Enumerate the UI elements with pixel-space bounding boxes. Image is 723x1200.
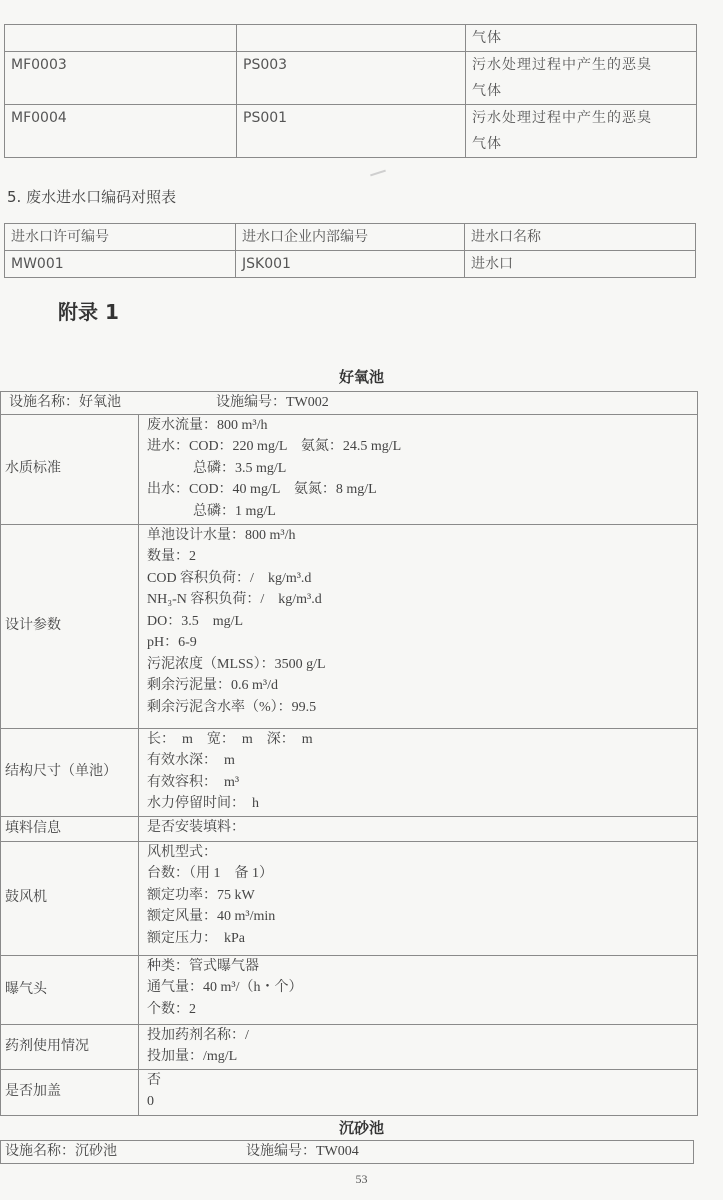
row-label: 水质标准 <box>1 414 139 524</box>
cell-line: 出水：COD：40 mg/L 氨氮：8 mg/L <box>147 479 691 501</box>
facility-title: 好氧池 <box>0 366 723 387</box>
table-cell: 否 0 <box>139 1069 698 1115</box>
facility-header-row: 设施名称：沉砂池 设施编号：TW004 <box>1 1141 694 1164</box>
aerobic-tank-table: 设施名称：好氧池 设施编号：TW002 水质标准 废水流量：800 m³/h 进… <box>0 391 698 1116</box>
cell-text: 污水处理过程中产生的恶臭 <box>472 52 690 78</box>
table-cell: JSK001 <box>236 251 465 278</box>
table-header-row: 进水口许可编号 进水口企业内部编号 进水口名称 <box>5 224 696 251</box>
table-row: 结构尺寸（单池） 长： m 宽： m 深： m 有效水深： m 有效容积： m³… <box>1 728 698 816</box>
cell-line: 额定压力： kPa <box>147 928 691 950</box>
facility-title: 沉砂池 <box>0 1117 723 1138</box>
cell-text: 气体 <box>472 78 690 104</box>
facility-header-row: 设施名称：好氧池 设施编号：TW002 <box>1 392 698 415</box>
column-header: 进水口许可编号 <box>5 224 236 251</box>
table-cell: 设施名称：好氧池 设施编号：TW002 <box>1 392 698 415</box>
table-row: 气体 <box>5 25 697 52</box>
table-cell: 长： m 宽： m 深： m 有效水深： m 有效容积： m³ 水力停留时间： … <box>139 728 698 816</box>
column-header: 进水口企业内部编号 <box>236 224 465 251</box>
row-label: 结构尺寸（单池） <box>1 728 139 816</box>
table-cell: MF0004 <box>5 105 237 158</box>
cell-line: NH₃-N 容积负荷：/ kg/m³.d <box>147 589 691 611</box>
table-row: MF0003 PS003 污水处理过程中产生的恶臭 气体 <box>5 52 697 105</box>
cell-line: 投加药剂名称：/ <box>147 1025 691 1047</box>
cell-line: 风机型式： <box>147 842 691 864</box>
table-row: 是否加盖 否 0 <box>1 1069 698 1115</box>
table-cell: PS001 <box>237 105 466 158</box>
table-cell: 气体 <box>466 25 697 52</box>
table-row: 水质标准 废水流量：800 m³/h 进水：COD：220 mg/L 氨氮：24… <box>1 414 698 524</box>
cell-text: 污水处理过程中产生的恶臭 <box>472 105 690 131</box>
cell-line: 污泥浓度（MLSS）：3500 g/L <box>147 654 691 676</box>
grit-tank-table: 设施名称：沉砂池 设施编号：TW004 <box>0 1140 694 1164</box>
cell-line: 投加量：/mg/L <box>147 1046 691 1068</box>
facility-name: 设施名称：沉砂池 <box>5 1144 117 1159</box>
inlet-code-table: 进水口许可编号 进水口企业内部编号 进水口名称 MW001 JSK001 进水口 <box>4 223 696 278</box>
cell-line: 数量：2 <box>147 546 691 568</box>
table-cell: MW001 <box>5 251 236 278</box>
row-label: 填料信息 <box>1 816 139 841</box>
table-cell: MF0003 <box>5 52 237 105</box>
row-label: 是否加盖 <box>1 1069 139 1115</box>
facility-code: 设施编号：TW004 <box>246 1144 359 1159</box>
table-cell: 设施名称：沉砂池 设施编号：TW004 <box>1 1141 694 1164</box>
row-label: 设计参数 <box>1 524 139 728</box>
table-row: 设计参数 单池设计水量：800 m³/h 数量：2 COD 容积负荷：/ kg/… <box>1 524 698 728</box>
table-cell: 种类：管式曝气器 通气量：40 m³/（h・个） 个数：2 <box>139 955 698 1024</box>
cell-line: 个数：2 <box>147 999 691 1021</box>
column-header: 进水口名称 <box>465 224 696 251</box>
table-cell: 单池设计水量：800 m³/h 数量：2 COD 容积负荷：/ kg/m³.d … <box>139 524 698 728</box>
table-row: MW001 JSK001 进水口 <box>5 251 696 278</box>
table-row: 药剂使用情况 投加药剂名称：/ 投加量：/mg/L <box>1 1024 698 1069</box>
cell-line: DO：3.5 mg/L <box>147 611 691 633</box>
row-label: 鼓风机 <box>1 841 139 955</box>
table-cell <box>5 25 237 52</box>
cell-line: 总磷：3.5 mg/L <box>147 458 691 480</box>
table-row: 鼓风机 风机型式： 台数：（用 1 备 1） 额定功率：75 kW 额定风量：4… <box>1 841 698 955</box>
cell-line: 是否安装填料： <box>147 817 691 839</box>
row-label: 曝气头 <box>1 955 139 1024</box>
table-cell: PS003 <box>237 52 466 105</box>
cell-line: 单池设计水量：800 m³/h <box>147 525 691 547</box>
cell-line: 台数：（用 1 备 1） <box>147 863 691 885</box>
table-cell: 风机型式： 台数：（用 1 备 1） 额定功率：75 kW 额定风量：40 m³… <box>139 841 698 955</box>
cell-line: 有效水深： m <box>147 750 691 772</box>
table-cell: 污水处理过程中产生的恶臭 气体 <box>466 105 697 158</box>
cell-line: 0 <box>147 1091 691 1113</box>
table-cell: 废水流量：800 m³/h 进水：COD：220 mg/L 氨氮：24.5 mg… <box>139 414 698 524</box>
table-cell: 投加药剂名称：/ 投加量：/mg/L <box>139 1024 698 1069</box>
cell-line: COD 容积负荷：/ kg/m³.d <box>147 568 691 590</box>
scan-mark <box>370 170 386 177</box>
row-label: 药剂使用情况 <box>1 1024 139 1069</box>
cell-line: 否 <box>147 1070 691 1092</box>
cell-line: 进水：COD：220 mg/L 氨氮：24.5 mg/L <box>147 436 691 458</box>
table-cell <box>237 25 466 52</box>
appendix-title: 附录 1 <box>58 296 119 325</box>
cell-line: 剩余污泥量：0.6 m³/d <box>147 675 691 697</box>
cell-line: pH：6-9 <box>147 632 691 654</box>
cell-line: 剩余污泥含水率（%）：99.5 <box>147 697 691 719</box>
cell-line: 水力停留时间： h <box>147 793 691 815</box>
cell-line: 额定功率：75 kW <box>147 885 691 907</box>
table-row: MF0004 PS001 污水处理过程中产生的恶臭 气体 <box>5 105 697 158</box>
cell-line: 长： m 宽： m 深： m <box>147 729 691 751</box>
cell-text: 气体 <box>472 131 690 157</box>
table-row: 填料信息 是否安装填料： <box>1 816 698 841</box>
table-row: 曝气头 种类：管式曝气器 通气量：40 m³/（h・个） 个数：2 <box>1 955 698 1024</box>
table-cell: 是否安装填料： <box>139 816 698 841</box>
facility-name: 设施名称：好氧池 <box>9 395 121 410</box>
cell-line: 总磷：1 mg/L <box>147 501 691 523</box>
cell-line: 废水流量：800 m³/h <box>147 415 691 437</box>
table-cell: 污水处理过程中产生的恶臭 气体 <box>466 52 697 105</box>
outlet-code-table: 气体 MF0003 PS003 污水处理过程中产生的恶臭 气体 MF0004 P… <box>4 24 697 158</box>
page-number: 53 <box>0 1172 723 1187</box>
cell-text: 气体 <box>472 25 690 51</box>
section-heading: 5. 废水进水口编码对照表 <box>7 186 176 207</box>
table-cell: 进水口 <box>465 251 696 278</box>
cell-line: 有效容积： m³ <box>147 772 691 794</box>
cell-line: 通气量：40 m³/（h・个） <box>147 977 691 999</box>
cell-line: 额定风量：40 m³/min <box>147 906 691 928</box>
facility-code: 设施编号：TW002 <box>216 395 329 410</box>
cell-line: 种类：管式曝气器 <box>147 956 691 978</box>
